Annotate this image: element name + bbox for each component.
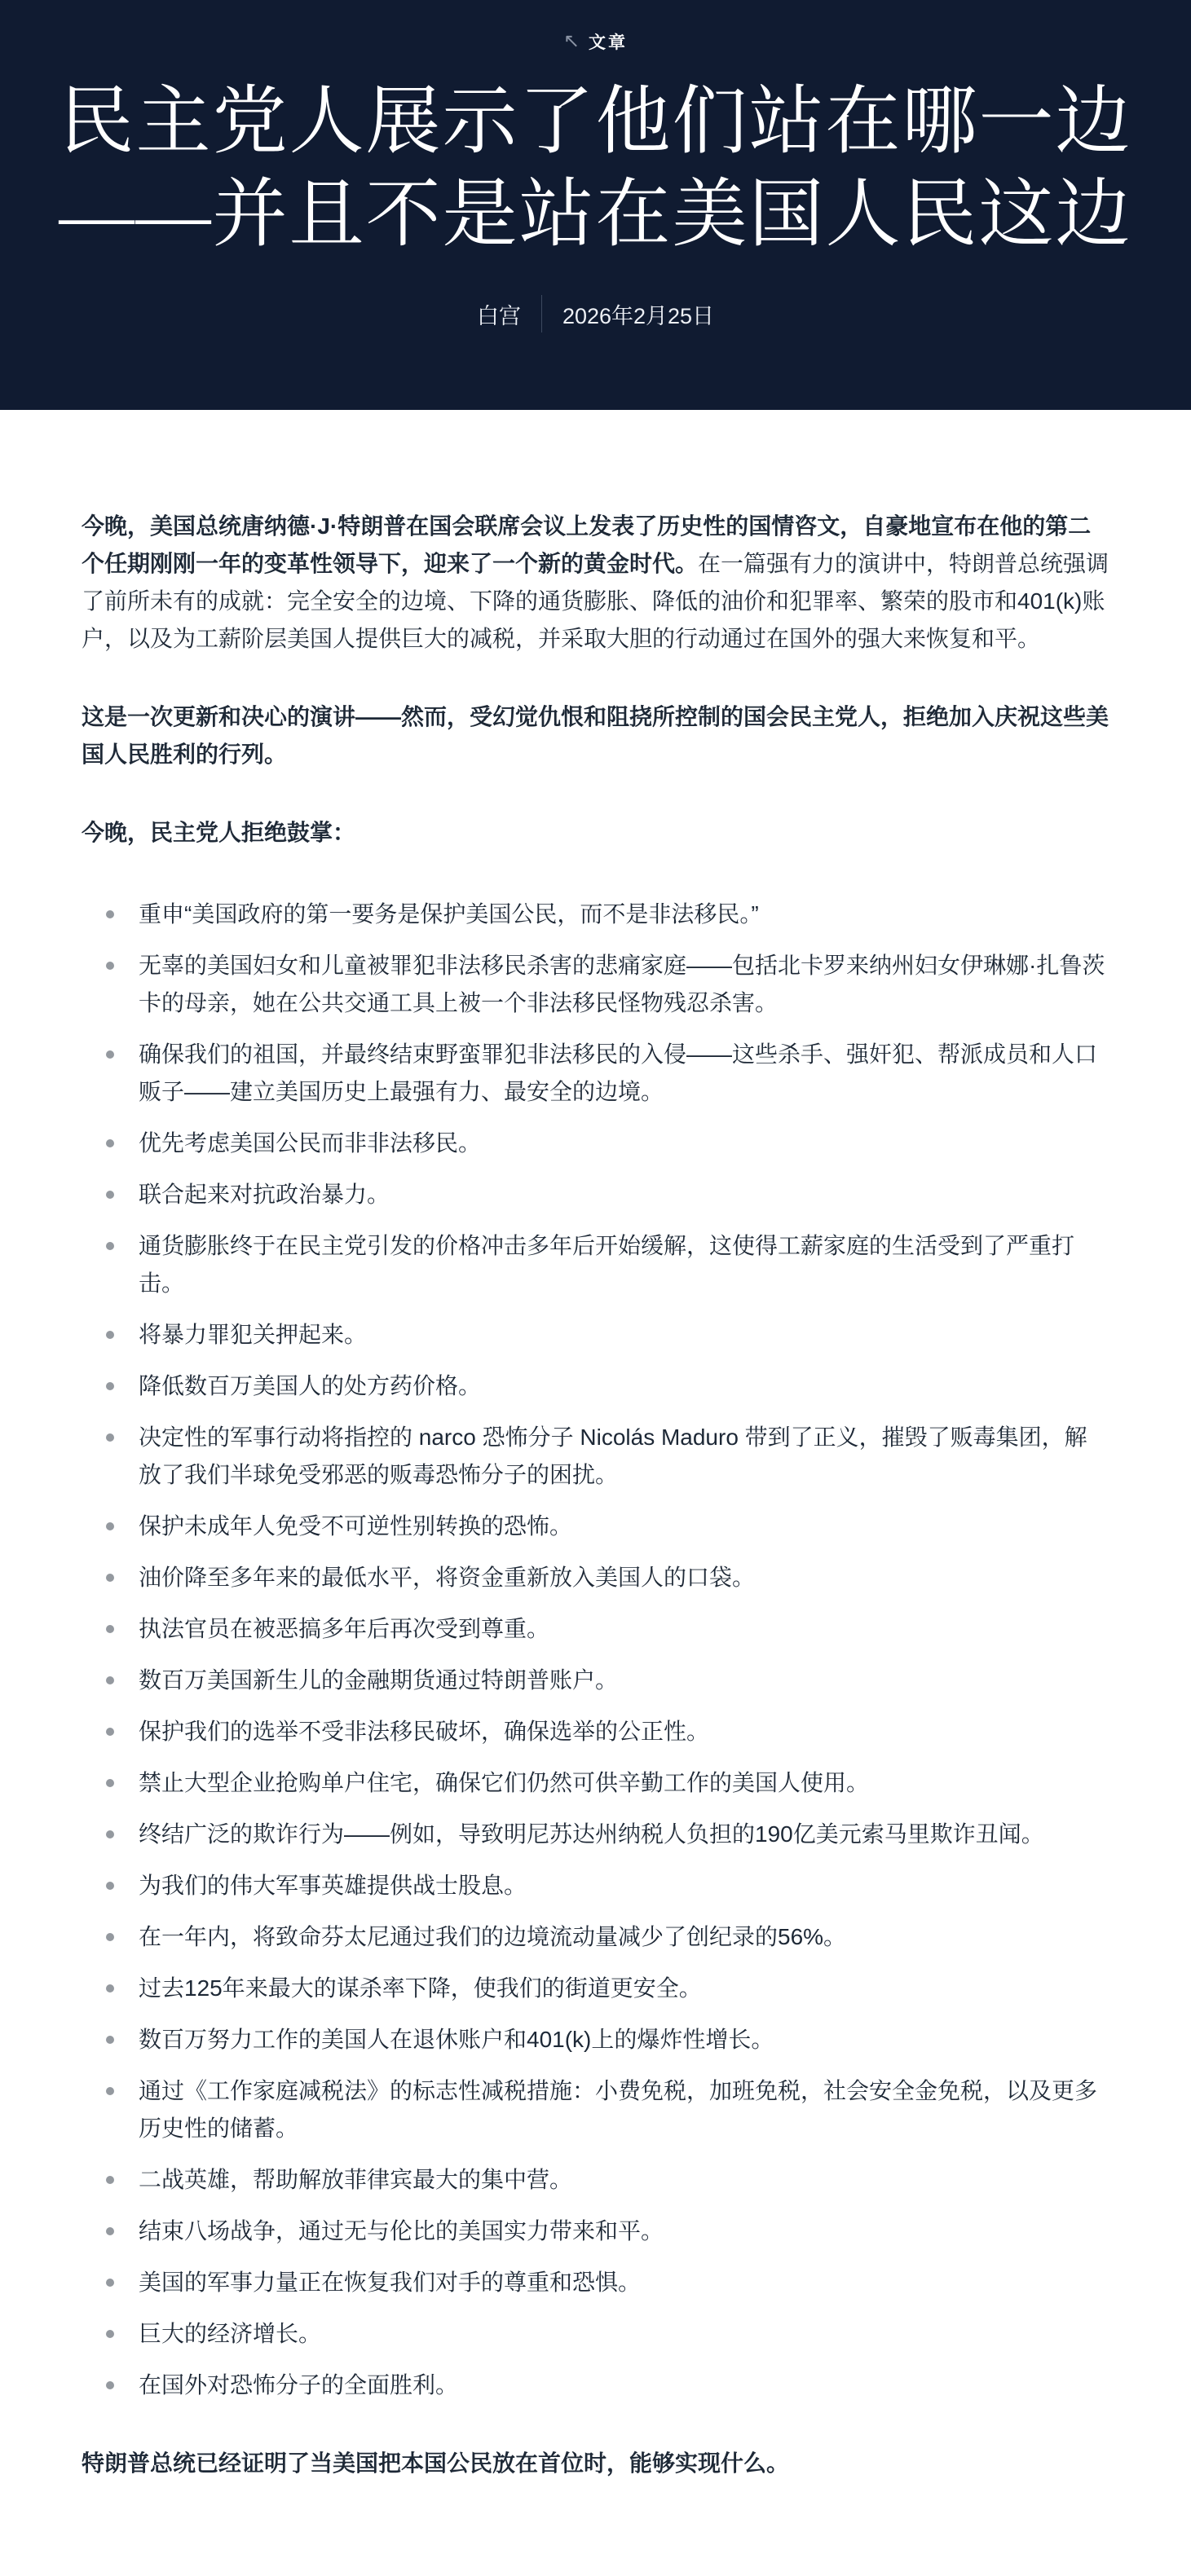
list-item: 在一年内，将致命芬太尼通过我们的边境流动量减少了创纪录的56%。 [82, 1918, 1109, 1956]
list-item: 确保我们的祖国，并最终结束野蛮罪犯非法移民的入侵——这些杀手、强奸犯、帮派成员和… [82, 1036, 1109, 1111]
list-item: 在国外对恐怖分子的全面胜利。 [82, 2367, 1109, 2404]
list-item: 数百万美国新生儿的金融期货通过特朗普账户。 [82, 1662, 1109, 1699]
list-item: 美国的军事力量正在恢复我们对手的尊重和恐惧。 [82, 2264, 1109, 2301]
article-header: ↖ 文章 民主党人展示了他们站在哪一边 ——并且不是站在美国人民这边 白宫 20… [0, 0, 1191, 410]
list-item: 为我们的伟大军事英雄提供战士股息。 [82, 1867, 1109, 1904]
refusal-list: 重申“美国政府的第一要务是保护美国公民，而不是非法移民。” 无辜的美国妇女和儿童… [82, 896, 1109, 2404]
page-title-line-1: 民主党人展示了他们站在哪一边 [0, 75, 1191, 168]
list-item: 决定性的军事行动将指控的 narco 恐怖分子 Nicolás Maduro 带… [82, 1419, 1109, 1494]
category-label: 文章 [589, 29, 628, 54]
meta-divider [541, 295, 542, 332]
second-paragraph: 这是一次更新和决心的演讲——然而，受幻觉仇恨和阻挠所控制的国会民主党人，拒绝加入… [82, 698, 1109, 773]
intro-paragraph: 今晚，美国总统唐纳德·J·特朗普在国会联席会议上发表了历史性的国情咨文，自豪地宣… [82, 508, 1109, 658]
list-item: 巨大的经济增长。 [82, 2315, 1109, 2353]
list-item: 通货膨胀终于在民主党引发的价格冲击多年后开始缓解，这使得工薪家庭的生活受到了严重… [82, 1227, 1109, 1302]
article-date: 2026年2月25日 [562, 298, 714, 330]
arrow-up-left-icon: ↖ [563, 32, 580, 51]
list-item: 无辜的美国妇女和儿童被罪犯非法移民杀害的悲痛家庭——包括北卡罗来纳州妇女伊琳娜·… [82, 947, 1109, 1022]
list-item: 禁止大型企业抢购单户住宅，确保它们仍然可供辛勤工作的美国人使用。 [82, 1764, 1109, 1802]
list-item: 降低数百万美国人的处方药价格。 [82, 1367, 1109, 1405]
list-item: 执法官员在被恶搞多年后再次受到尊重。 [82, 1610, 1109, 1648]
page-title: 民主党人展示了他们站在哪一边 ——并且不是站在美国人民这边 [0, 75, 1191, 261]
list-item: 油价降至多年来的最低水平，将资金重新放入美国人的口袋。 [82, 1559, 1109, 1596]
list-item: 重申“美国政府的第一要务是保护美国公民，而不是非法移民。” [82, 896, 1109, 933]
closing-paragraph: 特朗普总统已经证明了当美国把本国公民放在首位时，能够实现什么。 [82, 2445, 1109, 2482]
list-lead-paragraph: 今晚，民主党人拒绝鼓掌： [82, 814, 1109, 852]
list-item: 保护未成年人免受不可逆性别转换的恐怖。 [82, 1508, 1109, 1545]
list-item: 优先考虑美国公民而非非法移民。 [82, 1125, 1109, 1162]
list-item: 数百万努力工作的美国人在退休账户和401(k)上的爆炸性增长。 [82, 2021, 1109, 2059]
list-item: 终结广泛的欺诈行为——例如，导致明尼苏达州纳税人负担的190亿美元索马里欺诈丑闻… [82, 1816, 1109, 1853]
list-item: 通过《工作家庭减税法》的标志性减税措施：小费免税，加班免税，社会安全金免税，以及… [82, 2072, 1109, 2147]
article-body: 今晚，美国总统唐纳德·J·特朗普在国会联席会议上发表了历史性的国情咨文，自豪地宣… [82, 410, 1109, 2554]
list-item: 联合起来对抗政治暴力。 [82, 1176, 1109, 1213]
list-item: 过去125年来最大的谋杀率下降，使我们的街道更安全。 [82, 1970, 1109, 2007]
list-item: 二战英雄，帮助解放菲律宾最大的集中营。 [82, 2161, 1109, 2199]
article-source: 白宫 [477, 298, 521, 330]
list-item: 结束八场战争，通过无与伦比的美国实力带来和平。 [82, 2213, 1109, 2250]
article-meta: 白宫 2026年2月25日 [0, 295, 1191, 332]
category-link-article[interactable]: ↖ 文章 [563, 29, 628, 54]
list-item: 保护我们的选举不受非法移民破坏，确保选举的公正性。 [82, 1713, 1109, 1750]
page-title-line-2: ——并且不是站在美国人民这边 [0, 168, 1191, 261]
list-item: 将暴力罪犯关押起来。 [82, 1316, 1109, 1354]
